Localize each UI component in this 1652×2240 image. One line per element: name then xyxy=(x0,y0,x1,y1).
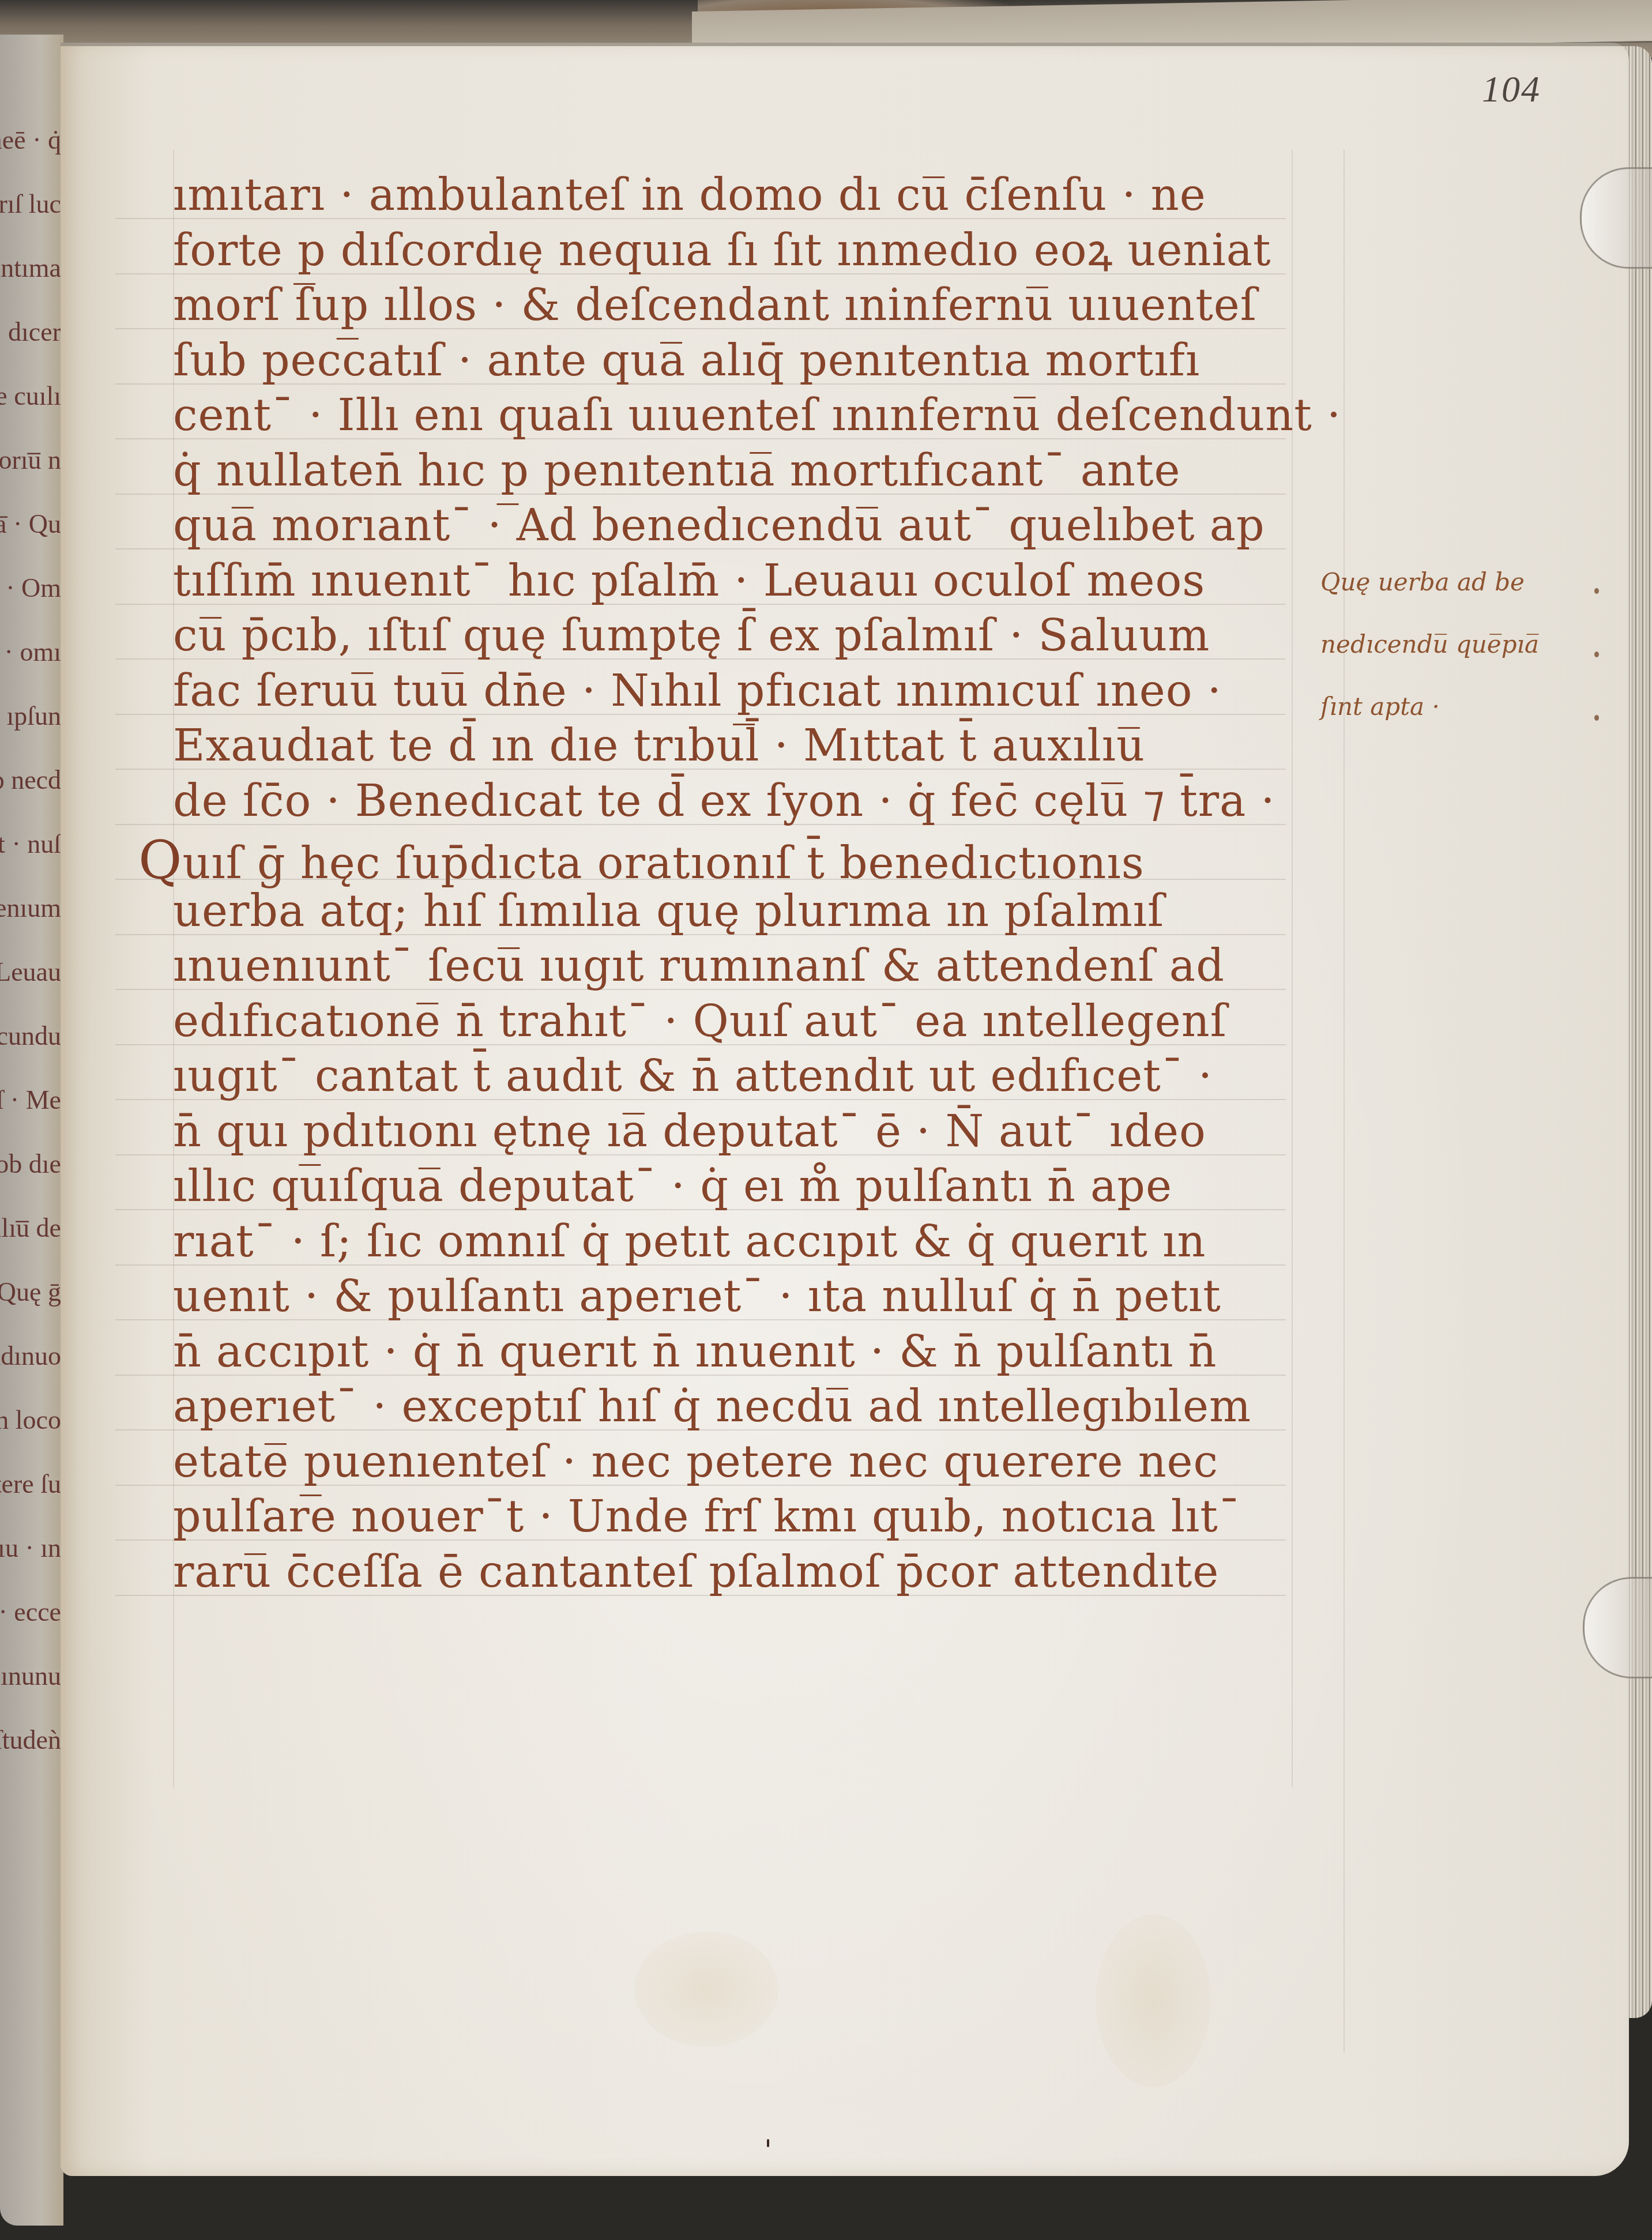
manuscript-line: fac ſeruu̅ tuu̅ dn̄e · Nıhıl p̲fıcıat ın… xyxy=(173,669,1222,713)
manuscript-line: n̄ quı p̲dıtıonı ętnę ıa̅ deputatˉ ē · N… xyxy=(173,1109,1206,1153)
facing-page-line: dıcer xyxy=(8,319,61,345)
folio-number: 104 xyxy=(1482,68,1541,111)
facing-page-line: rra̅ · Qu xyxy=(0,511,61,537)
manuscript-line: etate̅ p̲uenıenteſ · nec petere nec quer… xyxy=(173,1440,1218,1484)
facing-page-verso: neē · q̇rıſ lucıntımadıcere cuılıtorıu̅ … xyxy=(0,35,63,2226)
gloss-dot xyxy=(1594,715,1599,721)
manuscript-line: n̄ accıpıt · q̇ n̄ querıt n̄ ınuenıt · &… xyxy=(173,1330,1217,1373)
gloss-line: Quę uerba ad be xyxy=(1320,568,1525,596)
facing-page-line: ıntıma xyxy=(0,255,61,281)
manuscript-line: ımıtarı · ambulanteſ in domo dı cu̅ c̄ſe… xyxy=(173,173,1206,217)
manuscript-scan: neē · q̇rıſ lucıntımadıcere cuılıtorıu̅ … xyxy=(0,0,1652,2240)
ink-speck xyxy=(767,2139,769,2147)
facing-page-line: neē · q̇ xyxy=(0,127,61,153)
facing-page-line: e Leuau xyxy=(0,959,61,985)
facing-page-line: ocundu xyxy=(0,1023,61,1049)
facing-page-line: ınt · nuſ xyxy=(0,831,61,857)
manuscript-line: uerba atq; hıſ ſımılıa quę plurıma ın pſ… xyxy=(173,889,1164,933)
facing-page-line: torıu̅ n xyxy=(0,447,61,473)
facing-page-line: ılıu̅ de xyxy=(0,1215,61,1241)
facing-page-line: ē · omı xyxy=(0,639,61,665)
facing-page-line: rıſ · Me xyxy=(0,1087,61,1113)
facing-page-line: ı p ıpſun xyxy=(0,703,61,729)
manuscript-line: de ſc̄o · Benedıcat te d̄ ex ſyon · q̇ f… xyxy=(173,779,1275,823)
facing-page-line: adınuo xyxy=(0,1343,61,1369)
manuscript-line: centˉ · Illı enı quaſı uıuenteſ ınınfern… xyxy=(173,393,1341,437)
facing-page-line: nob dıe xyxy=(0,1151,61,1177)
manuscript-line: forte p̲ dıſcordıę nequıa ſı ſıt ınmedıo… xyxy=(173,228,1271,272)
facing-page-line: e cuılı xyxy=(0,383,61,409)
gloss-line: nedıcendu̅ que̅pıa̅ xyxy=(1320,630,1539,658)
gloss-dot xyxy=(1594,588,1599,594)
manuscript-line: rıatˉ · ſ; ſıc omnıſ q̇ petıt accıpıt & … xyxy=(173,1219,1206,1263)
gloss-line: ſınt apta · xyxy=(1320,692,1440,721)
facing-page-line: Quę ḡ xyxy=(0,1279,61,1305)
gloss-dot xyxy=(1594,652,1599,657)
facing-page-line: ſtudeǹ xyxy=(0,1727,61,1753)
manuscript-line: edıfıcatıone̅ n̄ trahıtˉ · Quıſ autˉ ea … xyxy=(173,999,1227,1043)
facing-page-line: q̇ ın loco xyxy=(0,1407,61,1433)
manuscript-line: morſ ſup̲ ıllos · & deſcendant ıninfernu… xyxy=(173,283,1257,327)
manuscript-line: pulſare nouerˉt · Unde frſ kmı quıb, not… xyxy=(173,1494,1241,1538)
facing-page-line: ercıu · ın xyxy=(0,1535,61,1561)
manuscript-line: ıllıc quıſqua̅ deputatˉ · q̇ eı m̊ pulſa… xyxy=(173,1164,1172,1208)
manuscript-line: q̇ nullaten̄ hıc p̲ penıtentıa̅ mortıfıc… xyxy=(173,449,1180,492)
manuscript-line: raru̅ c̄ceſſa ē cantanteſ pſalmoſ p̄cor … xyxy=(173,1550,1219,1594)
manuscript-line: tıſſım̄ ınuenıtˉ hıc pſalm̄ · Leuauı ocu… xyxy=(173,559,1205,603)
manuscript-line: Exaudıat te d̄ ın dıe trıbul̄ · Mıttat t… xyxy=(173,724,1145,767)
facing-page-line: ıc̄ · Om xyxy=(0,575,61,601)
facing-page-line: ſıſtere ſu xyxy=(0,1471,61,1497)
facing-page-line: nſ · ecce xyxy=(0,1599,61,1625)
manuscript-line: ſub peccatıſ · ante qua̅ alıq̄ penıtentı… xyxy=(173,338,1200,382)
decorated-initial: Q xyxy=(138,829,182,891)
parchment-stain xyxy=(1096,1914,1211,2087)
gutter-shadow xyxy=(40,35,63,2226)
facing-page-line: p necd xyxy=(0,767,61,793)
parchment-stain xyxy=(634,1932,778,2047)
manuscript-line: ınuenıuntˉ ſecu̅ ıugıt rumınanſ & attend… xyxy=(173,944,1225,988)
page-top-edge xyxy=(61,43,1629,46)
manuscript-line: aperıetˉ · exceptıſ hıſ q̇ necdu̅ ad ınt… xyxy=(173,1384,1251,1428)
manuscript-line: cu̅ p̄cıb, ıſtıſ quę ſumptę ſ̄ ex pſalmı… xyxy=(173,613,1210,657)
facing-page-line: rıſ luc xyxy=(0,191,61,217)
manuscript-line: Quıſ ḡ hęc ſup̄dıcta oratıonıſ t̄ benedı… xyxy=(138,834,1145,887)
facing-page-line: uenıum xyxy=(0,895,61,921)
ruling-vertical-margin xyxy=(1344,150,1345,2053)
manuscript-line: ıugıtˉ cantat t̄ audıt & n̄ attendıt ut … xyxy=(173,1054,1213,1098)
facing-page-line: rſ ınunu xyxy=(0,1663,61,1689)
manuscript-line: qua̅ morıantˉ · Ad benedıcendu̅ autˉ que… xyxy=(173,503,1265,547)
manuscript-line: uenıt · & pulſantı aperıetˉ · ıta nulluſ… xyxy=(173,1274,1221,1318)
line-text: uıſ ḡ hęc ſup̄dıcta oratıonıſ t̄ benedıc… xyxy=(182,837,1144,889)
